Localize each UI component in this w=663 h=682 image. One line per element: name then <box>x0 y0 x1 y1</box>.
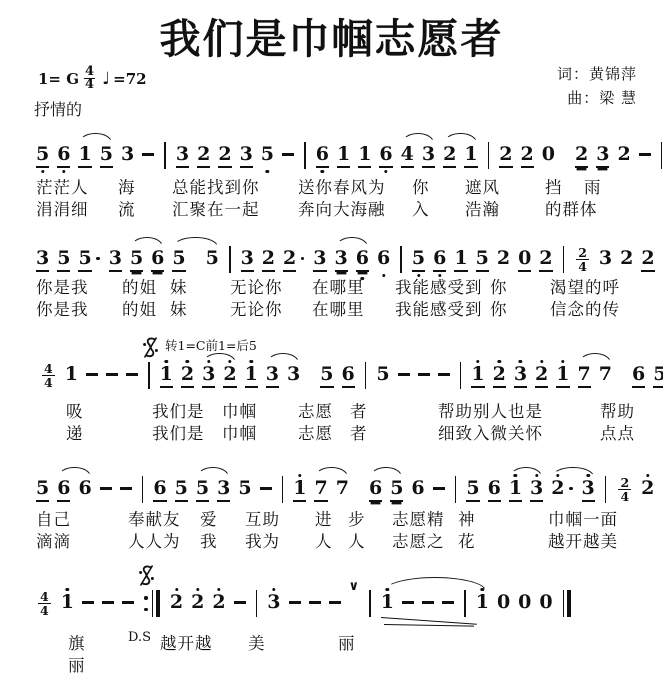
note-cell: 5 <box>36 476 49 502</box>
time-signature-denominator: 4 <box>38 603 51 617</box>
note: 4 <box>401 142 414 168</box>
note-cell: 1 <box>556 362 569 388</box>
note: 2 <box>620 246 633 270</box>
barline <box>488 142 490 169</box>
barline <box>661 142 663 169</box>
note-cell: 16 <box>358 142 392 168</box>
note-cell: 23 <box>218 142 252 168</box>
segno-icon: 转1=C前1=后5 <box>142 336 257 360</box>
lyric-segment: 的姐 <box>122 274 157 298</box>
note: 2 <box>617 142 630 166</box>
note-cell <box>142 142 154 156</box>
note-cell: 12 <box>160 362 194 388</box>
duration-dash <box>234 601 246 604</box>
note: 1 <box>464 142 477 168</box>
note: 2 <box>641 246 654 272</box>
note: 3 <box>240 142 253 168</box>
note: 6 <box>78 476 91 502</box>
note: 3 <box>287 362 300 388</box>
note: 3 <box>582 476 595 502</box>
note: 6 <box>433 246 446 272</box>
note: 3 <box>121 142 134 166</box>
note: 1 <box>293 476 306 502</box>
barline <box>455 476 457 503</box>
lyric-segment: 巾帼 <box>222 398 257 422</box>
note: 5 <box>390 476 403 502</box>
note-cell <box>122 590 134 604</box>
lyric-segment: 细致入微关怀 <box>438 420 543 444</box>
note-cell <box>106 362 118 376</box>
bar-thin-line <box>460 362 462 389</box>
note: 2 <box>551 476 564 502</box>
note: 5 <box>412 246 425 272</box>
note-cell: 1 <box>381 590 394 614</box>
lyric-segment: 流 <box>118 196 136 220</box>
bar-thin-line <box>661 142 663 169</box>
note: 2 <box>535 362 548 388</box>
note-cell <box>329 590 341 604</box>
duration-dash <box>438 373 450 376</box>
note-cell-slurred: 77 <box>314 476 348 502</box>
note-cell: 0 <box>497 590 510 614</box>
modulation-label: 转1=C前1=后5 <box>165 336 257 356</box>
sheet-music-page: 我们是巾帼志愿者 1= G 4 4 ♩ =72 抒情的 词：黄锦萍 曲：梁 慧 … <box>0 0 663 682</box>
lyric-segment: 你 <box>490 274 508 298</box>
bar-thin-line <box>164 142 166 169</box>
lyric-segment: 丽 <box>338 630 356 654</box>
duration-dash <box>433 487 445 490</box>
bar-thin-line <box>563 246 565 273</box>
note-cell: 12 <box>471 362 505 388</box>
note: 2 <box>197 142 210 168</box>
note: 1 <box>509 476 522 502</box>
note-cell <box>639 142 651 156</box>
lyric-segment: 茫茫人 <box>36 174 89 198</box>
note-row: 561533223561164321220232 <box>0 142 663 169</box>
lyric-segment: 进 <box>315 506 333 530</box>
note: 2 <box>283 246 296 272</box>
note-cell <box>120 476 132 490</box>
note: 6 <box>488 476 501 502</box>
note: 5 <box>172 246 185 272</box>
note-cell <box>398 362 410 376</box>
bar-thin-line <box>369 590 371 617</box>
note: 5 <box>36 142 49 168</box>
time-signature: 44 <box>38 591 51 617</box>
note-cell: 0 <box>542 142 555 166</box>
note: 5 <box>57 246 70 272</box>
note-cell: 65 <box>153 476 187 502</box>
lyric-segment: 妹 <box>170 274 188 298</box>
note: 3 <box>514 362 527 388</box>
note-row: 4412223∨11000 <box>0 590 663 617</box>
note-cell <box>438 362 450 376</box>
decrescendo-mark <box>384 624 474 627</box>
time-signature: 44 <box>42 363 55 389</box>
barline <box>164 142 166 169</box>
duration-dash <box>418 373 430 376</box>
note-cell: 6 <box>411 476 424 500</box>
note: 6 <box>379 142 392 168</box>
note: 5 <box>130 246 143 272</box>
time-signature-numerator: 4 <box>44 363 53 375</box>
duration-dash <box>422 601 434 604</box>
note: 3 <box>36 246 49 272</box>
note-cell: 2 <box>212 590 225 614</box>
bar-thin-line <box>282 476 284 503</box>
lyric-segment: 入 <box>412 196 430 220</box>
note-cell: 1 <box>65 362 78 386</box>
note: 5 <box>476 246 489 272</box>
bar-thin-line <box>455 476 457 503</box>
music-system-5: 4412223∨11000旗D.S越开越美丽丽 <box>0 564 663 617</box>
duration-dash <box>82 601 94 604</box>
lyric-segment: 吸 <box>66 398 84 422</box>
note: 6 <box>369 476 382 502</box>
time-signature-numerator: 2 <box>620 477 629 489</box>
note-cell: 1 <box>61 590 74 614</box>
note: 2 <box>170 590 183 614</box>
note-cell-slurred: 13 <box>509 476 543 502</box>
note-cell-slurred: 36 <box>335 246 369 272</box>
note-cell: 2 <box>283 246 305 272</box>
bar-thick-line <box>156 590 160 617</box>
note: 2 <box>223 362 236 388</box>
note-cell: 56 <box>36 142 70 168</box>
duration-dash <box>442 601 454 604</box>
duration-dash <box>102 601 114 604</box>
note-cell <box>82 590 94 604</box>
note-cell: 2 <box>191 590 204 614</box>
bar-thin-line <box>605 476 607 503</box>
rest-note: 0 <box>539 590 552 614</box>
note-cell: 5 <box>376 362 389 386</box>
barline <box>400 246 402 273</box>
key-signature: 1= G <box>38 70 79 88</box>
note: 3 <box>217 476 230 502</box>
note: 1 <box>160 362 173 388</box>
lyric-segment: 爱 <box>200 506 218 530</box>
note-cell: 32 <box>176 142 210 168</box>
note: 2 <box>212 590 225 614</box>
note: 3 <box>176 142 189 168</box>
duration-dash <box>120 487 132 490</box>
lyric-segment: 挡 <box>545 174 563 198</box>
lyric-segment: 渴望的呼 <box>550 274 620 298</box>
note-cell: 2 <box>641 476 654 500</box>
note: 7 <box>578 362 591 388</box>
music-system-4: 56665535177656561323242226自己奉献友爱互助进步志愿精神… <box>0 466 663 503</box>
note: 1 <box>471 362 484 388</box>
lyric-segment: 递 <box>66 420 84 444</box>
duration-dash <box>639 153 651 156</box>
note: 5 <box>100 142 113 168</box>
duration-dash <box>402 601 414 604</box>
duration-dash <box>122 601 134 604</box>
barline <box>563 246 565 273</box>
note-cell-slurred: 53 <box>196 476 230 502</box>
time-signature-denominator: 4 <box>618 489 631 503</box>
lyric-segment: 总能找到你 <box>172 174 260 198</box>
barline <box>229 246 231 273</box>
duration-dash <box>142 153 154 156</box>
note: 6 <box>151 246 164 272</box>
note-cell <box>86 362 98 376</box>
lyric-segment: 滴滴 <box>36 528 71 552</box>
rest-note: 0 <box>542 142 555 166</box>
note: 5 <box>196 476 209 502</box>
note: 2 <box>521 142 534 168</box>
note: 5 <box>36 476 49 502</box>
lyric-segment: 志愿精 <box>392 506 445 530</box>
barline <box>605 476 607 503</box>
note: 3 <box>335 246 348 272</box>
meter-denominator: 4 <box>84 78 95 91</box>
bar-thin-line <box>229 246 231 273</box>
note: 3 <box>266 362 279 388</box>
barline <box>365 362 367 389</box>
note: 7 <box>599 362 612 388</box>
repeat-dots <box>144 596 148 611</box>
bar-thin-line <box>304 142 306 169</box>
lyric-segment: 越开越美 <box>548 528 618 552</box>
note-cell-slurred: 33 <box>266 362 300 388</box>
lyric-segment: 我们是 <box>152 398 205 422</box>
lyric-segment: D.S <box>128 630 151 645</box>
note-cell: 1 <box>476 590 489 614</box>
key-tempo-line: 1= G 4 4 ♩ =72 <box>38 66 147 91</box>
lyric-segment: 点点 <box>600 420 635 444</box>
note-cell <box>102 590 114 604</box>
note: 2 <box>641 476 654 500</box>
breath-mark: ∨ <box>349 579 360 594</box>
note-cell <box>402 590 414 604</box>
lyric-segment: 妹 <box>170 296 188 320</box>
lyric-segment: 我能感受到 <box>395 274 483 298</box>
bar-thin-line <box>488 142 490 169</box>
note-cell: 5 <box>238 476 251 500</box>
bar-thin-line <box>152 590 154 617</box>
note: 2 <box>218 142 231 168</box>
duration-dash <box>106 373 118 376</box>
lyric-segment: 我为 <box>245 528 280 552</box>
music-system-2: 3553565532233665615202243226你是我的姐妹无论你在哪里… <box>0 236 663 273</box>
note: 1 <box>78 142 91 168</box>
lyric-segment: 美 <box>248 630 266 654</box>
note-cell: 5 <box>261 142 274 166</box>
note-cell-slurred: 21 <box>443 142 477 168</box>
note-cell: 1 <box>293 476 306 502</box>
note-cell <box>234 590 246 604</box>
lyric-segment: 互助 <box>245 506 280 530</box>
note: 6 <box>632 362 645 388</box>
lyric-segment: 我能感受到 <box>395 296 483 320</box>
note-cell-slurred: 43 <box>401 142 435 168</box>
meter-fraction: 4 4 <box>84 66 95 91</box>
note: 2 <box>497 246 510 270</box>
lyric-segment: 你是我 <box>36 274 89 298</box>
note: 1 <box>65 362 78 386</box>
lyric-segment: 信念的传 <box>550 296 620 320</box>
note: 3 <box>241 246 254 272</box>
note: 3 <box>267 590 280 614</box>
note-cell <box>422 590 434 604</box>
bar-thin-line <box>148 362 150 389</box>
note: 6 <box>356 246 369 272</box>
barline <box>142 476 144 503</box>
note: 3 <box>202 362 215 388</box>
lyric-segment: 无论你 <box>230 274 283 298</box>
lyric-segment: 的姐 <box>122 296 157 320</box>
note-cell: 3 <box>267 590 280 614</box>
lyric-segment: 神 <box>458 506 476 530</box>
tie-arc <box>384 577 486 591</box>
note-row: 4411232133565123217765 <box>0 362 663 389</box>
rest-note: 0 <box>518 590 531 614</box>
lyric-segment: 自己 <box>36 506 71 530</box>
note-cell <box>260 476 272 490</box>
note-cell: 56 <box>412 246 446 272</box>
lyric-segment: 巾帼一面 <box>548 506 618 530</box>
bar-thin-line <box>365 362 367 389</box>
note: 2 <box>499 142 512 168</box>
note-cell: 56 <box>466 476 500 502</box>
note: 1 <box>476 590 489 614</box>
segno-icon <box>138 564 155 588</box>
repeat-dot <box>144 608 148 612</box>
barline <box>282 476 284 503</box>
lyric-segment: 奔向大海融 <box>298 196 386 220</box>
quarter-note-icon: ♩ <box>102 69 110 89</box>
note-cell: 1 <box>245 362 258 388</box>
note-cell: 65 <box>632 362 663 388</box>
note: 1 <box>381 590 394 614</box>
note: 6 <box>57 476 70 502</box>
note: 6 <box>316 142 329 168</box>
repeat-dot <box>144 596 148 600</box>
note-cell: 2 <box>170 590 183 614</box>
segno-glyph <box>142 336 159 359</box>
lyric-segment: 丽 <box>68 652 86 676</box>
lyric-segment: 送你春风为 <box>298 174 386 198</box>
time-signature-numerator: 4 <box>40 591 49 603</box>
lyric-segment: 人 <box>348 528 366 552</box>
bar-thin-line <box>256 590 258 617</box>
duration-dash <box>282 153 294 156</box>
lyric-segment: 的群体 <box>545 196 598 220</box>
lyric-segment: 者 <box>350 420 368 444</box>
barline <box>304 142 306 169</box>
note: 5 <box>206 246 219 272</box>
lyric-segment: 你 <box>412 174 430 198</box>
lyric-segment: 人人为 <box>128 528 181 552</box>
segno-glyph <box>138 564 155 587</box>
note-cell <box>289 590 301 604</box>
bar-thick-line <box>567 590 571 617</box>
note-cell: 3 <box>599 246 612 270</box>
note: 2 <box>443 142 456 168</box>
note-cell <box>433 476 445 490</box>
note: 3 <box>530 476 543 502</box>
lyric-segment: 帮助别人也是 <box>438 398 543 422</box>
lyric-segment: 遮风 <box>465 174 500 198</box>
bar-thin-line <box>464 590 466 617</box>
note-cell: 56 <box>320 362 354 388</box>
music-system-3: 转1=C前1=后54411232133565123217765吸我们是巾帼志愿者… <box>0 336 663 389</box>
note: 5 <box>320 362 333 388</box>
note-cell: 23 <box>575 142 609 168</box>
note: 7 <box>314 476 327 502</box>
duration-dash <box>309 601 321 604</box>
barline <box>464 590 466 617</box>
duration-dash <box>289 601 301 604</box>
lyric-segment: 人 <box>315 528 333 552</box>
lyric-segment: 志愿 <box>298 420 333 444</box>
song-title: 我们是巾帼志愿者 <box>0 6 663 65</box>
note-cell <box>100 476 112 490</box>
bar-thin-line <box>563 590 565 617</box>
duration-dash <box>329 601 341 604</box>
lyric-segment: 你是我 <box>36 296 89 320</box>
mood-label: 抒情的 <box>34 97 82 120</box>
note: 5 <box>376 362 389 386</box>
bar-thin-line <box>400 246 402 273</box>
repeat-end-barline <box>144 590 160 617</box>
lyric-segment: 志愿 <box>298 398 333 422</box>
note-row: 56665535177656561323242226 <box>0 476 663 503</box>
lyric-segment: 我 <box>200 528 218 552</box>
lyric-segment: 涓涓细 <box>36 196 89 220</box>
note-cell: 26 <box>641 246 663 272</box>
note-cell-slurred: 65 <box>369 476 403 502</box>
note-row: 3553565532233665615202243226 <box>0 246 663 273</box>
barline <box>256 590 258 617</box>
lyric-segment: 者 <box>350 398 368 422</box>
note: 1 <box>61 590 74 614</box>
note: 2 <box>262 246 275 272</box>
note: 6 <box>342 362 355 388</box>
note: 3 <box>596 142 609 168</box>
lyric-segment: 汇聚在一起 <box>172 196 260 220</box>
note-cell: 6 <box>377 246 390 270</box>
time-signature-numerator: 2 <box>578 247 587 259</box>
note-cell: 32 <box>241 246 275 272</box>
note-cell: 3 <box>121 142 134 166</box>
music-system-1: 561533223561164321220232茫茫人海总能找到你送你春风为你遮… <box>0 132 663 169</box>
note: 3 <box>313 246 326 272</box>
note-cell: 02 <box>518 246 552 272</box>
lyric-segment: 志愿之 <box>392 528 445 552</box>
note: 2 <box>191 590 204 614</box>
note-cell-slurred: 23 <box>551 476 594 502</box>
time-signature-denominator: 4 <box>42 375 55 389</box>
note: 3 <box>422 142 435 168</box>
lyric-segment: 无论你 <box>230 296 283 320</box>
note: 5 <box>78 246 91 272</box>
note: 5 <box>466 476 479 502</box>
lyric-segment: 旗 <box>68 630 86 654</box>
note: 6 <box>57 142 70 168</box>
note-cell-slurred: 15 <box>78 142 112 168</box>
note-cell <box>442 590 454 604</box>
note: 1 <box>337 142 350 168</box>
bar-thin-line <box>142 476 144 503</box>
lyric-segment: 你 <box>490 296 508 320</box>
note: 2 <box>493 362 506 388</box>
note-cell: 2 <box>617 142 630 166</box>
lyric-segment: 我们是 <box>152 420 205 444</box>
duration-dash <box>260 487 272 490</box>
